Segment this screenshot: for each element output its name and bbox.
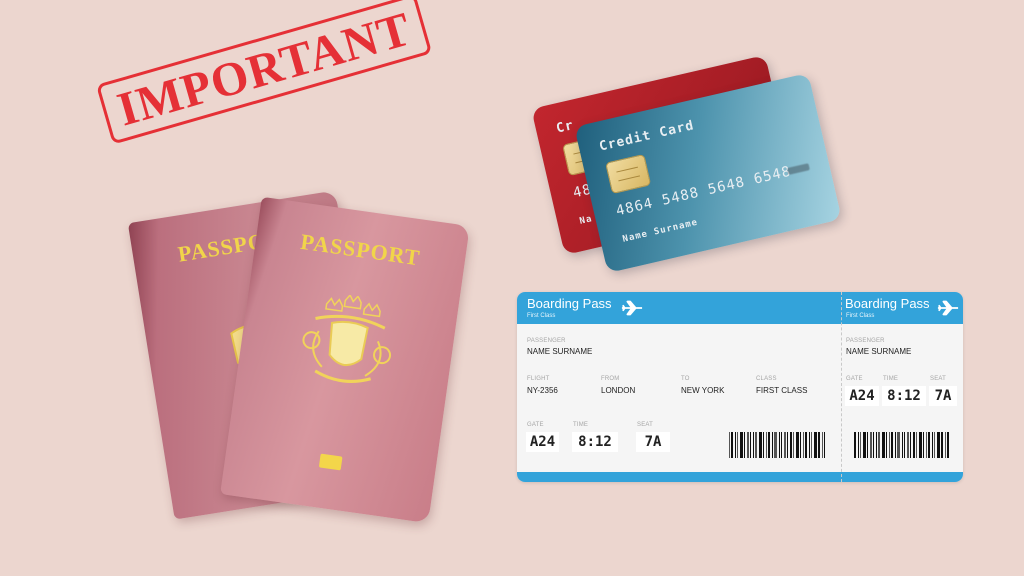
flight-label: FLIGHT (527, 376, 550, 382)
stub-title: Boarding Pass (845, 296, 930, 311)
time-value: 8:12 (572, 432, 618, 452)
perforation-line (841, 292, 842, 482)
from-city: LONDON (601, 386, 635, 395)
card-title: Cr (555, 118, 576, 137)
flight-number: NY-2356 (527, 386, 558, 395)
stub-passenger-label: PASSENGER (846, 338, 885, 344)
passport-title: PASSPORT (255, 223, 467, 278)
card-title: Credit Card (598, 118, 696, 154)
seat-label: SEAT (637, 422, 653, 428)
barcode (853, 432, 951, 458)
travel-class: FIRST CLASS (756, 386, 807, 395)
class-label: CLASS (756, 376, 777, 382)
to-city: NEW YORK (681, 386, 724, 395)
chip-icon (605, 154, 651, 194)
card-holder-name: Na (579, 214, 594, 227)
card-expiry-blurred (787, 163, 810, 175)
stub-passenger-name: NAME SURNAME (846, 347, 911, 356)
stub-seat-label: SEAT (930, 376, 946, 382)
stub-time-label: TIME (883, 376, 898, 382)
stub-seat-value: 7A (929, 386, 957, 406)
gate-value: A24 (526, 432, 559, 452)
card-holder-name: Name Surname (622, 218, 699, 245)
boarding-pass: Boarding Pass First Class PASSENGER NAME… (517, 292, 963, 482)
boarding-pass-title: Boarding Pass (527, 296, 612, 311)
passenger-name: NAME SURNAME (527, 347, 592, 356)
gate-label: GATE (527, 422, 544, 428)
coat-of-arms-icon (291, 289, 404, 402)
passenger-label: PASSENGER (527, 338, 566, 344)
passport-front: PASSPORT (220, 197, 470, 523)
from-label: FROM (601, 376, 619, 382)
to-label: TO (681, 376, 690, 382)
boarding-pass-footer (517, 472, 963, 482)
airplane-icon (621, 300, 643, 316)
time-label: TIME (573, 422, 588, 428)
seat-value: 7A (636, 432, 670, 452)
biometric-chip-icon (319, 454, 343, 471)
stub-class-subtitle: First Class (846, 313, 874, 319)
important-stamp: IMPORTANT (96, 0, 433, 145)
airplane-icon (937, 300, 959, 316)
stub-time-value: 8:12 (882, 386, 926, 406)
boarding-pass-class-subtitle: First Class (527, 313, 555, 319)
stub-gate-value: A24 (845, 386, 879, 406)
stub-gate-label: GATE (846, 376, 863, 382)
barcode (729, 432, 825, 458)
